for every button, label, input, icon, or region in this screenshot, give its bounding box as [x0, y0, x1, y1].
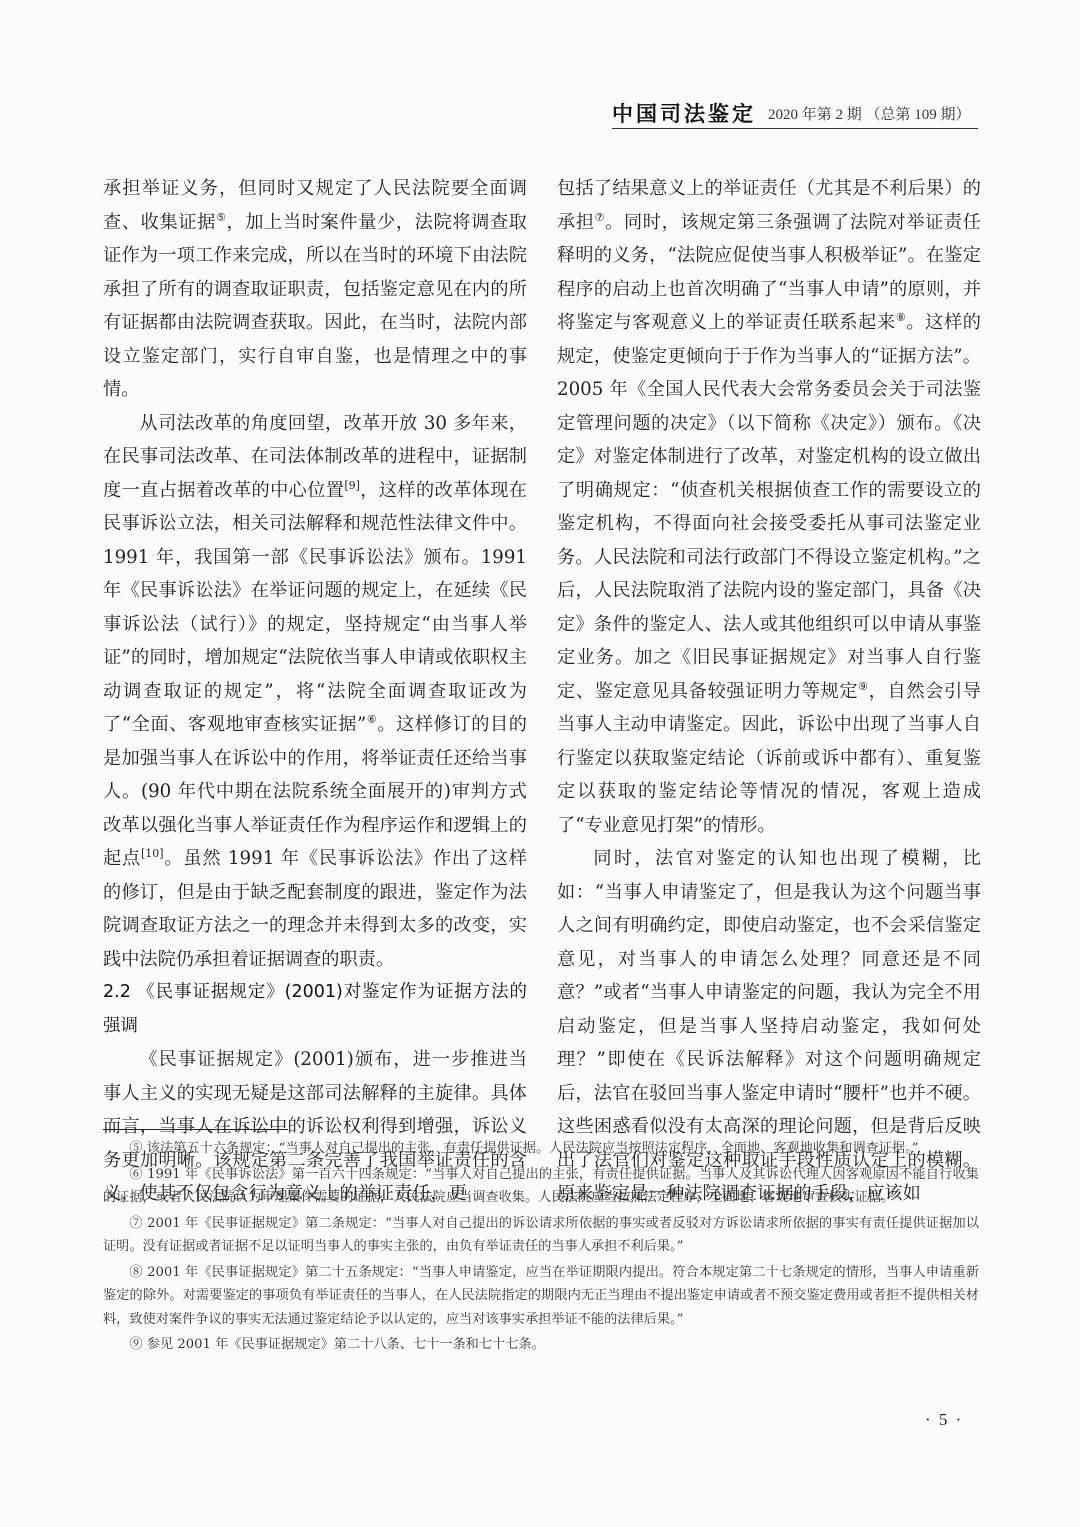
footnote-item: ⑥ 1991 年《民事诉讼法》第一百六十四条规定：“当事人对自己提出的主张，有责…: [103, 1163, 979, 1210]
right-column: 包括了结果意义上的举证责任（尤其是不利后果）的承担⑦。同时，该规定第三条强调了法…: [557, 172, 981, 1211]
footnote-text: 2001 年《民事证据规定》第二十五条规定：“当事人申请鉴定，应当在举证期限内提…: [103, 1265, 979, 1327]
paragraph: 包括了结果意义上的举证责任（尤其是不利后果）的承担⑦。同时，该规定第三条强调了法…: [557, 172, 981, 842]
footnote-marker: ⑦: [129, 1216, 142, 1231]
footnote-text: 2001 年《民事证据规定》第二条规定：“当事人对自己提出的诉讼请求所依据的事实…: [103, 1216, 979, 1255]
footnote-item: ⑨ 参见 2001 年《民事证据规定》第二十八条、七十一条和七十七条。: [103, 1333, 979, 1357]
footnote-text: 1991 年《民事诉讼法》第一百六十四条规定：“当事人对自己提出的主张，有责任提…: [103, 1167, 979, 1206]
running-header: 中国司法鉴定 2020 年第 2 期 （总第 109 期）: [612, 98, 978, 129]
footnote-text: 该法第五十六条规定：“当事人对自己提出的主张，有责任提供证据。人民法院应当按照法…: [143, 1141, 919, 1156]
text-run: 。这样的规定，使鉴定更倾向于于作为当事人的“证据方法”。2005 年《全国人民代…: [557, 312, 981, 702]
footnote-ref[interactable]: ⑥: [366, 713, 377, 726]
footnote-marker: ⑤: [129, 1141, 142, 1156]
footnote-marker: ⑥: [129, 1167, 142, 1182]
text-run: ，加上当时案件量少，法院将调查取证作为一项工作来完成，所以在当时的环境下由法院承…: [103, 212, 527, 401]
paragraph: 承担举证义务，但同时又规定了人民法院要全面调查、收集证据⑤，加上当时案件量少，法…: [103, 172, 527, 407]
footnote-marker: ⑨: [129, 1337, 142, 1352]
footnotes: ⑤ 该法第五十六条规定：“当事人对自己提出的主张，有责任提供证据。人民法院应当按…: [103, 1137, 979, 1359]
page-number: · 5 ·: [925, 1410, 963, 1430]
footnote-ref[interactable]: ⑨: [858, 679, 869, 692]
text-run: 。这样修订的目的是加强当事人在诉讼中的作用，将举证责任还给当事人。(90 年代中…: [103, 714, 527, 869]
footnote-marker: ⑧: [129, 1265, 142, 1280]
footnote-item: ⑦ 2001 年《民事证据规定》第二条规定：“当事人对自己提出的诉讼请求所依据的…: [103, 1212, 979, 1259]
issue-info: 2020 年第 2 期 （总第 109 期）: [768, 102, 971, 128]
footnote-ref[interactable]: ⑧: [896, 311, 907, 324]
footnote-ref[interactable]: ⑤: [216, 210, 227, 223]
footnote-divider: [103, 1129, 288, 1130]
citation-ref[interactable]: [10]: [141, 847, 164, 860]
paragraph: 从司法改革的角度回望，改革开放 30 多年来，在民事司法改革、在司法体制改革的进…: [103, 407, 527, 977]
section-heading: 2.2 《民事证据规定》(2001)对鉴定作为证据方法的强调: [103, 976, 527, 1043]
footnote-item: ⑤ 该法第五十六条规定：“当事人对自己提出的主张，有责任提供证据。人民法院应当按…: [103, 1137, 979, 1161]
footnote-item: ⑧ 2001 年《民事证据规定》第二十五条规定：“当事人申请鉴定，应当在举证期限…: [103, 1261, 979, 1332]
left-column: 承担举证义务，但同时又规定了人民法院要全面调查、收集证据⑤，加上当时案件量少，法…: [103, 172, 527, 1211]
journal-name: 中国司法鉴定: [612, 100, 756, 128]
footnote-ref[interactable]: ⑦: [595, 210, 606, 223]
text-run: ，自然会引导当事人主动申请鉴定。因此，诉讼中出现了当事人自行鉴定以获取鉴定结论（…: [557, 681, 981, 836]
citation-ref[interactable]: [9]: [344, 478, 360, 491]
text-run: 。虽然 1991 年《民事诉讼法》作出了这样的修订，但是由于缺乏配套制度的跟进，…: [103, 848, 527, 970]
text-run: ，这样的改革体现在民事诉讼立法，相关司法解释和规范性法律文件中。1991 年，我…: [103, 480, 527, 736]
footnote-text: 参见 2001 年《民事证据规定》第二十八条、七十一条和七十七条。: [143, 1337, 545, 1352]
